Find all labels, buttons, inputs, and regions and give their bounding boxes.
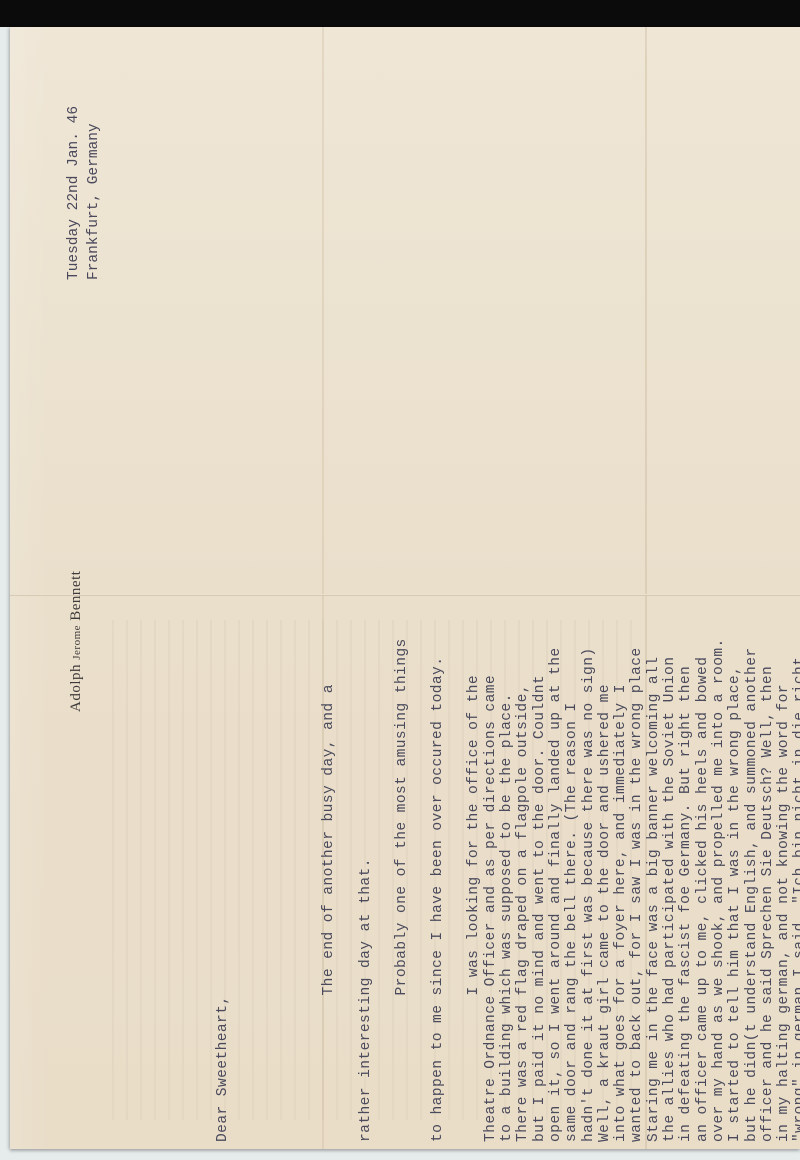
date-block: Tuesday 22nd Jan. 46Frankfurt, Germany [64,106,104,280]
paragraphs: The end of another busy day, and arather… [321,32,800,1142]
letter-line: an officer came up to me, clicked his he… [695,32,711,1142]
letter-line: rather interesting day at that. [358,32,374,1142]
letter-line: open it, so I went around and finally la… [548,32,564,1142]
letter-line: Well, a kraut girl came to the door and … [597,32,613,1142]
letter-line: over my hand as we shook, and propelled … [711,32,727,1142]
letter-line: into what goes for a foyer here, and imm… [613,32,629,1142]
letter-line: to happen to me since I have been over o… [430,32,446,1142]
letter-line: the allies who had participated with the… [662,32,678,1142]
letter-line: Staring me in the face was a big banner … [646,32,662,1142]
letter-line: in my halting german, and not knowing th… [776,32,792,1142]
letter-line: Probably one of the most amusing things [394,32,410,1142]
letter-line: in defeating the fascist foe Germany. Bu… [678,32,694,1142]
letterhead-first-name: Adolph [68,664,84,712]
letter-line: hadn't done it at first was because ther… [581,32,597,1142]
letter-body: Dear Sweetheart, The end of another busy… [134,32,800,1142]
letterhead-surname: Bennett [68,571,84,621]
letter-line: but he didn(t understand English, and su… [744,32,760,1142]
letter-line: I was looking for the office of the [466,32,482,1142]
rotated-letter: Adolph Jerome Bennett Tuesday 22nd Jan. … [60,32,790,1142]
letter-line: but I paid it no mind and went to the do… [532,32,548,1142]
letter-line: to a building which was supposed to be t… [499,32,515,1142]
salutation: Dear Sweetheart, [215,32,231,1142]
date-line: Tuesday 22nd Jan. 46 [64,106,84,280]
letter-line: same door and rang the bell there. (The … [564,32,580,1142]
letter-line: wanted to back out, for I saw I was in t… [629,32,645,1142]
letterhead: Adolph Jerome Bennett [68,571,85,712]
letter-line: Theatre Ordnance Officer and as per dire… [483,32,499,1142]
place-line: Frankfurt, Germany [84,106,104,280]
scan-top-bar [0,0,800,27]
letter-line: I started to tell him that I was in the … [727,32,743,1142]
letter-line: officer and he said Sprechen Sie Deutsch… [760,32,776,1142]
letterhead-middle-name: Jerome [71,625,83,660]
letter-line: "wrong" in german I said, "Ich bin nicht… [792,32,800,1142]
letter-line: There was a red flag draped on a flagpol… [515,32,531,1142]
letter-line: The end of another busy day, and a [321,32,337,1142]
